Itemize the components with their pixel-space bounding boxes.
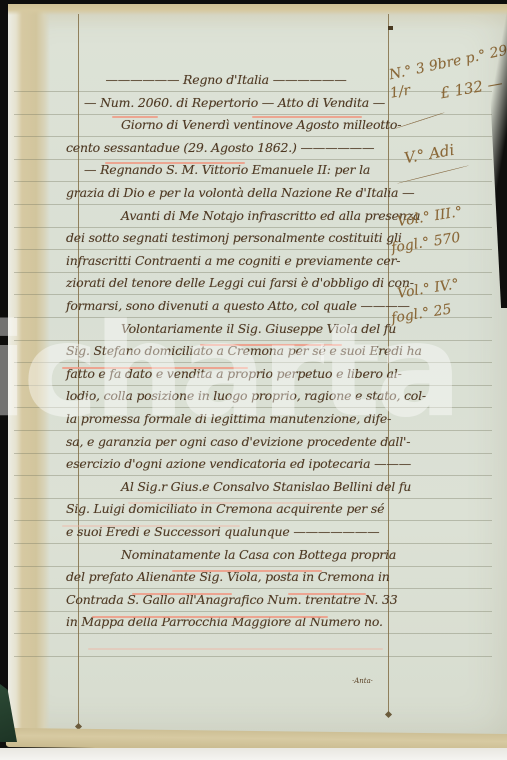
ruled-line (14, 520, 492, 521)
clerk-paraph: ·Anta· (352, 677, 373, 685)
handwritten-line: sa, e garanzia per ogni caso d'evizione … (66, 434, 406, 449)
ruled-line (14, 588, 492, 589)
ruled-line (14, 272, 492, 273)
margin-note: V.° Adi (403, 141, 456, 167)
red-underline (92, 616, 328, 618)
ruled-line (14, 543, 492, 544)
ruled-line (14, 430, 492, 431)
ruled-line (14, 475, 492, 476)
handwritten-line: lodio, colla posizione in luogo proprio,… (66, 388, 406, 403)
handwritten-line: infrascritti Contraenti a me cogniti e p… (66, 253, 406, 268)
ruled-line (14, 656, 492, 657)
ruled-line (14, 611, 492, 612)
document-scan: —————— Regno d'Italia ——————— Num. 2060.… (0, 0, 507, 760)
red-underline (88, 648, 383, 650)
page-top-edge (8, 4, 507, 15)
ruled-line (14, 136, 492, 137)
handwritten-line: formarsi, sono divenuti a questo Atto, c… (66, 298, 406, 313)
handwritten-line: ziorati del tenore delle Leggi cui farsi… (66, 275, 406, 290)
ink-blot-mark (388, 26, 393, 30)
handwritten-line: — Regnando S. M. Vittorio Emanuele II: p… (66, 162, 424, 177)
ruled-line (14, 407, 492, 408)
red-underline (172, 570, 322, 572)
ruled-line (14, 91, 492, 92)
ruled-line (14, 453, 492, 454)
handwritten-line: Giorno di Venerdì ventinove Agosto mille… (66, 117, 461, 132)
ruled-line (14, 114, 492, 115)
red-underline (105, 162, 245, 164)
handwritten-line: Nominatamente la Casa con Bottega propri… (66, 547, 461, 562)
ruled-line (14, 227, 492, 228)
ruled-line (14, 385, 492, 386)
handwritten-line: Al Sig.r Gius.e Consalvo Stanislao Belli… (66, 479, 461, 494)
red-underline (62, 367, 248, 369)
red-underline (132, 593, 232, 595)
ruled-line (14, 362, 492, 363)
ruled-line (14, 633, 492, 634)
handwritten-line: cento sessantadue (29. Agosto 1862.) ———… (66, 140, 406, 155)
red-underline (62, 525, 240, 527)
ruled-line (14, 181, 492, 182)
ruled-line (14, 340, 492, 341)
rule-end-tip (385, 711, 392, 718)
ruled-line (14, 204, 492, 205)
ruled-line (14, 498, 492, 499)
handwritten-line: esercizio d'ogni azione vendicatoria ed … (66, 456, 406, 471)
handwritten-line: — Num. 2060. di Repertorio — Atto di Ven… (66, 95, 424, 110)
ruled-line (14, 566, 492, 567)
red-underline (252, 116, 362, 118)
handwritten-line: la promessa formale di legittima manuten… (66, 411, 406, 426)
scan-mat-bottom (0, 748, 507, 760)
handwritten-line: grazia di Dio e per la volontà della Naz… (66, 185, 406, 200)
red-underline (112, 116, 158, 118)
handwritten-line: —————— Regno d'Italia —————— (66, 72, 386, 87)
red-underline (288, 593, 366, 595)
document-page: —————— Regno d'Italia ——————— Num. 2060.… (8, 4, 507, 736)
handwritten-line: dei sotto segnati testimonj personalment… (66, 230, 406, 245)
red-underline (200, 344, 342, 346)
red-underline (128, 502, 334, 504)
